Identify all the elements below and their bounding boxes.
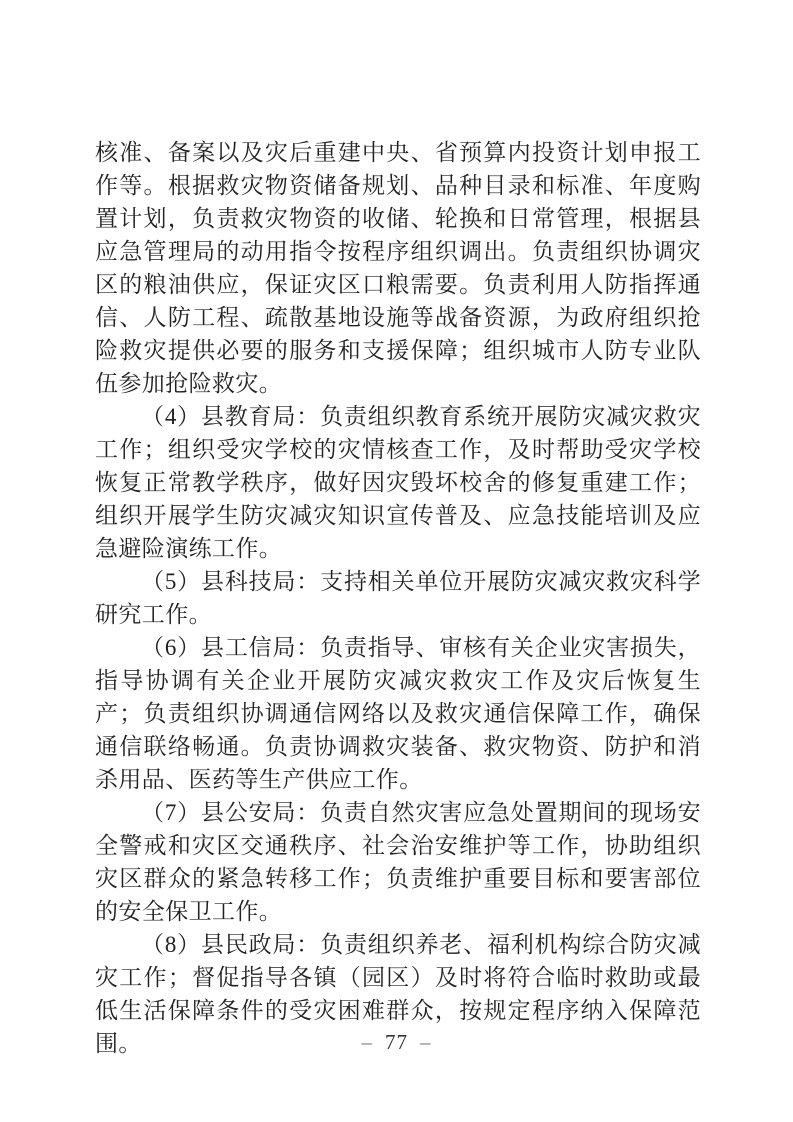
footer-right-dash: – (420, 1030, 432, 1054)
page-number: 77 (385, 1030, 408, 1054)
paragraph-continuation: 核准、备案以及灾后重建中央、省预算内投资计划申报工作等。根据救灾物资储备规划、品… (95, 136, 701, 400)
page-footer: –77– (0, 1030, 793, 1055)
paragraph-item-5-science-tech-bureau: （5）县科技局：支持相关单位开展防灾减灾救灾科学研究工作。 (95, 565, 701, 631)
paragraph-item-6-industry-info-bureau: （6）县工信局：负责指导、审核有关企业灾害损失，指导协调有关企业开展防灾减灾救灾… (95, 631, 701, 796)
document-page: 核准、备案以及灾后重建中央、省预算内投资计划申报工作等。根据救灾物资储备规划、品… (0, 0, 793, 1122)
footer-left-dash: – (362, 1030, 374, 1054)
paragraph-item-4-education-bureau: （4）县教育局：负责组织教育系统开展防灾减灾救灾工作；组织受灾学校的灾情核查工作… (95, 400, 701, 565)
paragraph-item-7-public-security-bureau: （7）县公安局：负责自然灾害应急处置期间的现场安全警戒和灾区交通秩序、社会治安维… (95, 796, 701, 928)
document-body: 核准、备案以及灾后重建中央、省预算内投资计划申报工作等。根据救灾物资储备规划、品… (95, 136, 701, 1060)
